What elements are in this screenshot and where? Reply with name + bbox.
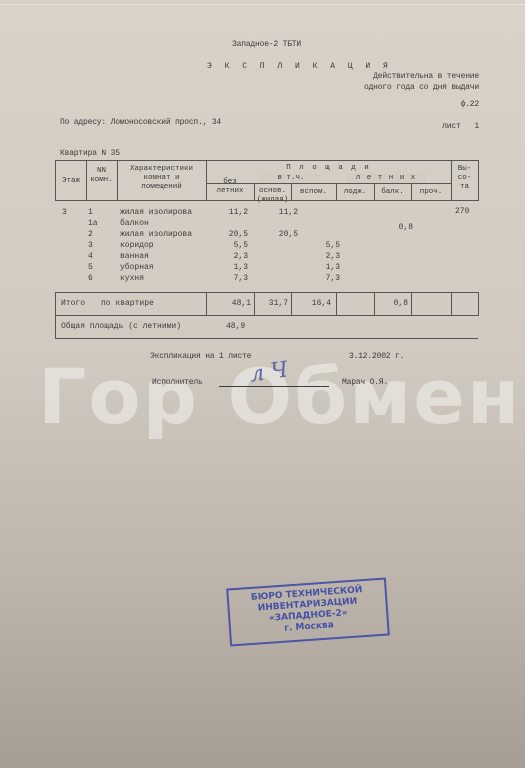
- overall-area-value: 48,9: [226, 322, 245, 331]
- validity-note-line1: Действительна в течение: [373, 72, 479, 81]
- table-cell-name: балкон: [120, 219, 149, 228]
- header-height: Вы- со- та: [451, 165, 478, 192]
- totals-main: 31,7: [254, 299, 288, 308]
- header-height-line3: та: [451, 183, 478, 192]
- header-characteristics: Характеристики комнат и помещений: [117, 165, 206, 192]
- divider: [411, 293, 412, 315]
- header-main-line2: (жилая): [254, 196, 291, 205]
- table-cell-total: 5,5: [218, 241, 248, 250]
- table-cell-total: 7,3: [218, 274, 248, 283]
- organization-name: Западное-2 ТБТИ: [232, 40, 301, 49]
- header-height-line2: со-: [451, 174, 478, 183]
- table-cell-num: 1: [88, 208, 93, 217]
- signature: л Ч: [248, 357, 289, 387]
- validity-note-line2: одного года со дня выдачи: [364, 83, 479, 92]
- address: По адресу: Ломоносовский просп., 34: [60, 118, 221, 127]
- table-cell-name: ванная: [120, 252, 149, 261]
- header-balcony: балк.: [374, 188, 411, 197]
- table-cell-total: 1,3: [218, 263, 248, 272]
- table-cell-total: 2,3: [218, 252, 248, 261]
- bti-stamp: БЮРО ТЕХНИЧЕСКОЙ ИНВЕНТАРИЗАЦИИ «ЗАПАДНО…: [226, 577, 390, 646]
- table-cell-main: 11,2: [268, 208, 298, 217]
- header-without-summer-line2: летних: [206, 187, 254, 196]
- header-loggia: лодж.: [336, 188, 374, 197]
- table-cell-num: 2: [88, 230, 93, 239]
- overall-area-label: Общая площадь (с летними): [61, 322, 181, 331]
- table-cell-num: 4: [88, 252, 93, 261]
- divider: [451, 293, 452, 315]
- table-cell-name: уборная: [120, 263, 154, 272]
- header-including: в т.ч.: [261, 174, 321, 183]
- sheet-indicator: лист 1: [442, 122, 479, 131]
- header-height-line1: Вы-: [451, 165, 478, 174]
- table-cell-aux: 1,3: [310, 263, 340, 272]
- header-floor: Этаж: [56, 177, 86, 186]
- executor-label: Исполнитель: [152, 378, 203, 387]
- header-room-number: NN комн.: [86, 167, 117, 185]
- header-characteristics-line2: комнат и: [117, 174, 206, 183]
- table-cell-floor: 3: [62, 208, 67, 217]
- header-room-number-line2: комн.: [86, 176, 117, 185]
- table-cell-num: 1а: [88, 219, 98, 228]
- signature-line: [219, 386, 329, 387]
- apartment-number: Квартира N 35: [60, 149, 120, 158]
- table-cell-aux: 2,3: [310, 252, 340, 261]
- overall-area-row: Общая площадь (с летними) 48,9: [55, 314, 478, 339]
- table-cell-name: коридор: [120, 241, 154, 250]
- table-header: Этаж NN комн. Характеристики комнат и по…: [55, 160, 479, 201]
- sheet-number: 1: [474, 122, 479, 131]
- table-cell-num: 3: [88, 241, 93, 250]
- table-cell-main: 20,5: [268, 230, 298, 239]
- header-without-summer: без летних: [206, 178, 254, 196]
- table-cell-name: жилая изолирова: [120, 230, 192, 239]
- totals-label-b: по квартире: [101, 299, 154, 308]
- form-number: ф.22: [461, 100, 479, 109]
- document-date: 3.12.2002 г.: [349, 352, 404, 361]
- document-title: Э К С П Л И К А Ц И Я: [207, 62, 392, 71]
- table-cell-balcony: 0,8: [383, 223, 413, 232]
- totals-auxiliary: 16,4: [291, 299, 331, 308]
- table-cell-aux: 5,5: [310, 241, 340, 250]
- header-main: основ. (жилая): [254, 187, 291, 205]
- table-cell-total: 11,2: [218, 208, 248, 217]
- totals-label-a: Итого: [61, 299, 85, 308]
- header-without-summer-line1: без: [206, 178, 254, 187]
- totals-total: 48,1: [211, 299, 251, 308]
- table-cell-name: жилая изолирова: [120, 208, 192, 217]
- header-characteristics-line1: Характеристики: [117, 165, 206, 174]
- header-characteristics-line3: помещений: [117, 183, 206, 192]
- table-cell-num: 6: [88, 274, 93, 283]
- header-other: проч.: [411, 188, 451, 197]
- sheets-note: Экспликация на 1 листе: [150, 352, 251, 361]
- header-main-line1: основ.: [254, 187, 291, 196]
- header-areas: П л о щ а д и: [206, 164, 451, 173]
- executor-name: Марач О.Я.: [342, 378, 388, 387]
- header-summer: л е т н и х: [346, 174, 426, 183]
- divider: [206, 293, 207, 315]
- header-auxiliary: вспом.: [291, 188, 336, 197]
- sheet-label: лист: [442, 122, 460, 131]
- totals-row: Итого по квартире 48,1 31,7 16,4 0,8: [55, 292, 479, 316]
- table-cell-num: 5: [88, 263, 93, 272]
- table-cell-name: кухня: [120, 274, 144, 283]
- table-cell-aux: 7,3: [310, 274, 340, 283]
- divider: [336, 293, 337, 315]
- table-cell-total: 20,5: [218, 230, 248, 239]
- table-cell-height: 270: [455, 207, 469, 216]
- header-room-number-line1: NN: [86, 167, 117, 176]
- totals-balcony: 0,8: [374, 299, 408, 308]
